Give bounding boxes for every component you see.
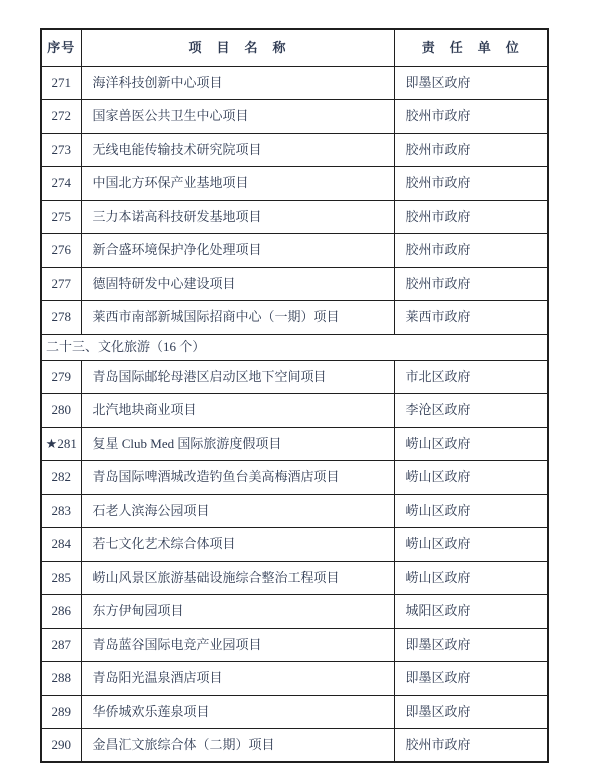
table-row: 282青岛国际啤酒城改造钓鱼台美高梅酒店项目崂山区政府 bbox=[41, 461, 548, 495]
project-name-cell: 国家兽医公共卫生中心项目 bbox=[81, 100, 394, 134]
table-row: 286东方伊甸园项目城阳区政府 bbox=[41, 595, 548, 629]
project-name-cell: 若七文化艺术综合体项目 bbox=[81, 528, 394, 562]
project-name-cell: 青岛国际邮轮母港区启动区地下空间项目 bbox=[81, 360, 394, 394]
table-row: ★281复星 Club Med 国际旅游度假项目崂山区政府 bbox=[41, 427, 548, 461]
table-row: 273无线电能传输技术研究院项目胶州市政府 bbox=[41, 133, 548, 167]
document-page: 序号 项 目 名 称 责 任 单 位 271海洋科技创新中心项目即墨区政府272… bbox=[0, 0, 594, 777]
project-name-cell: 崂山风景区旅游基础设施综合整治工程项目 bbox=[81, 561, 394, 595]
header-cell-no: 序号 bbox=[41, 29, 81, 66]
row-number-cell: 273 bbox=[41, 133, 81, 167]
row-number-cell: 285 bbox=[41, 561, 81, 595]
project-name-cell: 中国北方环保产业基地项目 bbox=[81, 167, 394, 201]
row-number-cell: 290 bbox=[41, 729, 81, 763]
project-name-cell: 金昌汇文旅综合体（二期）项目 bbox=[81, 729, 394, 763]
project-name-cell: 复星 Club Med 国际旅游度假项目 bbox=[81, 427, 394, 461]
row-number-cell: 289 bbox=[41, 695, 81, 729]
row-number-cell: 286 bbox=[41, 595, 81, 629]
project-name-cell: 无线电能传输技术研究院项目 bbox=[81, 133, 394, 167]
project-name-cell: 石老人滨海公园项目 bbox=[81, 494, 394, 528]
project-name-cell: 北汽地块商业项目 bbox=[81, 394, 394, 428]
project-table-body: 271海洋科技创新中心项目即墨区政府272国家兽医公共卫生中心项目胶州市政府27… bbox=[41, 66, 548, 762]
responsible-unit-cell: 市北区政府 bbox=[394, 360, 548, 394]
responsible-unit-cell: 城阳区政府 bbox=[394, 595, 548, 629]
responsible-unit-cell: 即墨区政府 bbox=[394, 662, 548, 696]
project-name-cell: 华侨城欢乐莲泉项目 bbox=[81, 695, 394, 729]
table-row: 284若七文化艺术综合体项目崂山区政府 bbox=[41, 528, 548, 562]
responsible-unit-cell: 崂山区政府 bbox=[394, 461, 548, 495]
row-number-cell: 288 bbox=[41, 662, 81, 696]
responsible-unit-cell: 胶州市政府 bbox=[394, 234, 548, 268]
responsible-unit-cell: 李沧区政府 bbox=[394, 394, 548, 428]
responsible-unit-cell: 崂山区政府 bbox=[394, 561, 548, 595]
header-row: 序号 项 目 名 称 责 任 单 位 bbox=[41, 29, 548, 66]
row-number-cell: 272 bbox=[41, 100, 81, 134]
responsible-unit-cell: 胶州市政府 bbox=[394, 200, 548, 234]
table-row: 288青岛阳光温泉酒店项目即墨区政府 bbox=[41, 662, 548, 696]
row-number-cell: 275 bbox=[41, 200, 81, 234]
table-row: 289华侨城欢乐莲泉项目即墨区政府 bbox=[41, 695, 548, 729]
project-name-cell: 海洋科技创新中心项目 bbox=[81, 66, 394, 100]
responsible-unit-cell: 即墨区政府 bbox=[394, 695, 548, 729]
responsible-unit-cell: 莱西市政府 bbox=[394, 301, 548, 335]
row-number-cell: 278 bbox=[41, 301, 81, 335]
table-row: 290金昌汇文旅综合体（二期）项目胶州市政府 bbox=[41, 729, 548, 763]
responsible-unit-cell: 胶州市政府 bbox=[394, 100, 548, 134]
responsible-unit-cell: 胶州市政府 bbox=[394, 729, 548, 763]
table-row: 276新合盛环境保护净化处理项目胶州市政府 bbox=[41, 234, 548, 268]
project-table-header: 序号 项 目 名 称 责 任 单 位 bbox=[41, 29, 548, 66]
row-number-cell: 282 bbox=[41, 461, 81, 495]
table-row: 287青岛蓝谷国际电竞产业园项目即墨区政府 bbox=[41, 628, 548, 662]
project-name-cell: 德固特研发中心建设项目 bbox=[81, 267, 394, 301]
header-cell-name: 项 目 名 称 bbox=[81, 29, 394, 66]
responsible-unit-cell: 胶州市政府 bbox=[394, 133, 548, 167]
project-name-cell: 青岛阳光温泉酒店项目 bbox=[81, 662, 394, 696]
responsible-unit-cell: 胶州市政府 bbox=[394, 267, 548, 301]
project-name-cell: 东方伊甸园项目 bbox=[81, 595, 394, 629]
responsible-unit-cell: 即墨区政府 bbox=[394, 628, 548, 662]
row-number-cell: 274 bbox=[41, 167, 81, 201]
table-row: 274中国北方环保产业基地项目胶州市政府 bbox=[41, 167, 548, 201]
table-row: 277德固特研发中心建设项目胶州市政府 bbox=[41, 267, 548, 301]
row-number-cell: 283 bbox=[41, 494, 81, 528]
project-name-cell: 莱西市南部新城国际招商中心（一期）项目 bbox=[81, 301, 394, 335]
project-name-cell: 青岛国际啤酒城改造钓鱼台美高梅酒店项目 bbox=[81, 461, 394, 495]
responsible-unit-cell: 崂山区政府 bbox=[394, 427, 548, 461]
table-row: 279青岛国际邮轮母港区启动区地下空间项目市北区政府 bbox=[41, 360, 548, 394]
row-number-cell: 280 bbox=[41, 394, 81, 428]
header-cell-unit: 责 任 单 位 bbox=[394, 29, 548, 66]
table-row: 272国家兽医公共卫生中心项目胶州市政府 bbox=[41, 100, 548, 134]
section-row: 二十三、文化旅游（16 个） bbox=[41, 334, 548, 360]
project-name-cell: 青岛蓝谷国际电竞产业园项目 bbox=[81, 628, 394, 662]
responsible-unit-cell: 崂山区政府 bbox=[394, 528, 548, 562]
row-number-cell: 271 bbox=[41, 66, 81, 100]
responsible-unit-cell: 胶州市政府 bbox=[394, 167, 548, 201]
table-row: 280北汽地块商业项目李沧区政府 bbox=[41, 394, 548, 428]
table-row: 278莱西市南部新城国际招商中心（一期）项目莱西市政府 bbox=[41, 301, 548, 335]
project-table: 序号 项 目 名 称 责 任 单 位 271海洋科技创新中心项目即墨区政府272… bbox=[40, 28, 549, 763]
row-number-cell: 287 bbox=[41, 628, 81, 662]
responsible-unit-cell: 即墨区政府 bbox=[394, 66, 548, 100]
table-row: 283石老人滨海公园项目崂山区政府 bbox=[41, 494, 548, 528]
row-number-cell: ★281 bbox=[41, 427, 81, 461]
project-name-cell: 新合盛环境保护净化处理项目 bbox=[81, 234, 394, 268]
section-label: 二十三、文化旅游（16 个） bbox=[41, 334, 548, 360]
table-row: 285崂山风景区旅游基础设施综合整治工程项目崂山区政府 bbox=[41, 561, 548, 595]
table-row: 275三力本诺高科技研发基地项目胶州市政府 bbox=[41, 200, 548, 234]
table-row: 271海洋科技创新中心项目即墨区政府 bbox=[41, 66, 548, 100]
responsible-unit-cell: 崂山区政府 bbox=[394, 494, 548, 528]
row-number-cell: 276 bbox=[41, 234, 81, 268]
project-name-cell: 三力本诺高科技研发基地项目 bbox=[81, 200, 394, 234]
row-number-cell: 279 bbox=[41, 360, 81, 394]
row-number-cell: 284 bbox=[41, 528, 81, 562]
row-number-cell: 277 bbox=[41, 267, 81, 301]
